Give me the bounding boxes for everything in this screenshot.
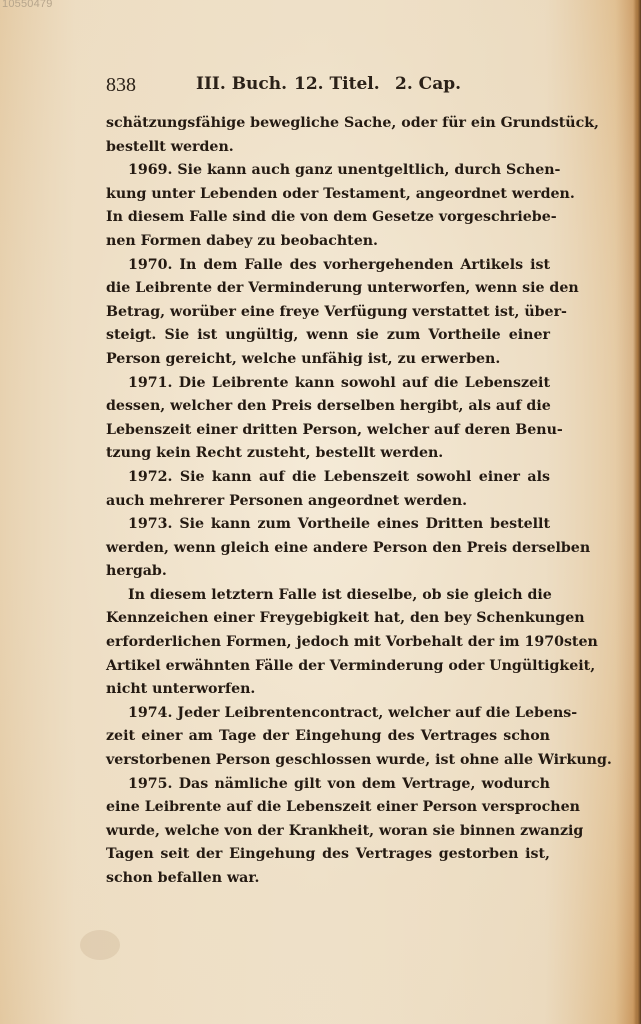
- text-line: 1970. In dem Falle des vorhergehenden Ar…: [106, 254, 550, 278]
- text-line: In diesem Falle sind die von dem Gesetze…: [106, 206, 550, 230]
- body-text: schätzungsfähige bewegliche Sache, oder …: [106, 112, 550, 891]
- text-line: Lebenszeit einer dritten Person, welcher…: [106, 419, 550, 443]
- text-line: 1972. Sie kann auf die Lebenszeit sowohl…: [106, 466, 550, 490]
- text-line: eine Leibrente auf die Lebenszeit einer …: [106, 796, 550, 820]
- text-line: Person gereicht, welche unfähig ist, zu …: [106, 348, 550, 372]
- text-line: nicht unterworfen.: [106, 678, 550, 702]
- text-line: In diesem letztern Falle ist dieselbe, o…: [106, 584, 550, 608]
- text-line: kung unter Lebenden oder Testament, ange…: [106, 183, 550, 207]
- book-page: 10550479 838 III. Buch. 12. Titel. 2. Ca…: [0, 0, 641, 1024]
- paragraph-continuation: schätzungsfähige bewegliche Sache, oder …: [106, 112, 550, 159]
- text-line: die Leibrente der Verminderung unterworf…: [106, 277, 550, 301]
- text-line: 1974. Jeder Leibrentencontract, welcher …: [106, 702, 550, 726]
- article-1969: 1969. Sie kann auch ganz unentgeltlich, …: [106, 159, 550, 253]
- running-header: 838 III. Buch. 12. Titel. 2. Cap.: [106, 74, 566, 100]
- text-line: 1975. Das nämliche gilt von dem Vertrage…: [106, 773, 550, 797]
- text-line: auch mehrerer Personen angeordnet werden…: [106, 490, 550, 514]
- text-line: zeit einer am Tage der Eingehung des Ver…: [106, 725, 550, 749]
- text-line: Artikel erwähnten Fälle der Verminderung…: [106, 655, 550, 679]
- text-line: 1969. Sie kann auch ganz unentgeltlich, …: [106, 159, 550, 183]
- article-1970: 1970. In dem Falle des vorhergehenden Ar…: [106, 254, 550, 372]
- text-line: steigt. Sie ist ungültig, wenn sie zum V…: [106, 324, 550, 348]
- text-line: dessen, welcher den Preis derselben herg…: [106, 395, 550, 419]
- article-1974: 1974. Jeder Leibrentencontract, welcher …: [106, 702, 550, 773]
- article-1972: 1972. Sie kann auf die Lebenszeit sowohl…: [106, 466, 550, 513]
- text-line: hergab.: [106, 560, 550, 584]
- scan-id-label: 10550479: [2, 0, 53, 10]
- article-1973: 1973. Sie kann zum Vortheile eines Dritt…: [106, 513, 550, 584]
- text-line: wurde, welche von der Krankheit, woran s…: [106, 820, 550, 844]
- text-line: tzung kein Recht zusteht, bestellt werde…: [106, 442, 550, 466]
- text-line: Tagen seit der Eingehung des Vertrages g…: [106, 843, 550, 867]
- text-line: schätzungsfähige bewegliche Sache, oder …: [106, 112, 550, 136]
- text-line: 1971. Die Leibrente kann sowohl auf die …: [106, 372, 550, 396]
- text-line: nen Formen dabey zu beobachten.: [106, 230, 550, 254]
- page-edge-shadow: [633, 0, 641, 1024]
- text-line: verstorbenen Person geschlossen wurde, i…: [106, 749, 550, 773]
- header-book: III. Buch.: [196, 74, 287, 94]
- article-1975: 1975. Das nämliche gilt von dem Vertrage…: [106, 773, 550, 891]
- text-line: schon befallen war.: [106, 867, 550, 891]
- article-1971: 1971. Die Leibrente kann sowohl auf die …: [106, 372, 550, 466]
- header-title: 12. Titel.: [294, 74, 380, 94]
- page-number: 838: [106, 74, 136, 97]
- text-line: 1973. Sie kann zum Vortheile eines Dritt…: [106, 513, 550, 537]
- text-line: Kennzeichen einer Freygebigkeit hat, den…: [106, 607, 550, 631]
- text-line: werden, wenn gleich eine andere Person d…: [106, 537, 550, 561]
- text-line: bestellt werden.: [106, 136, 550, 160]
- header-chapter: 2. Cap.: [395, 74, 461, 94]
- article-1973-continuation: In diesem letztern Falle ist dieselbe, o…: [106, 584, 550, 702]
- paper-stain: [80, 930, 120, 960]
- text-line: Betrag, worüber eine freye Verfügung ver…: [106, 301, 550, 325]
- text-line: erforderlichen Formen, jedoch mit Vorbeh…: [106, 631, 550, 655]
